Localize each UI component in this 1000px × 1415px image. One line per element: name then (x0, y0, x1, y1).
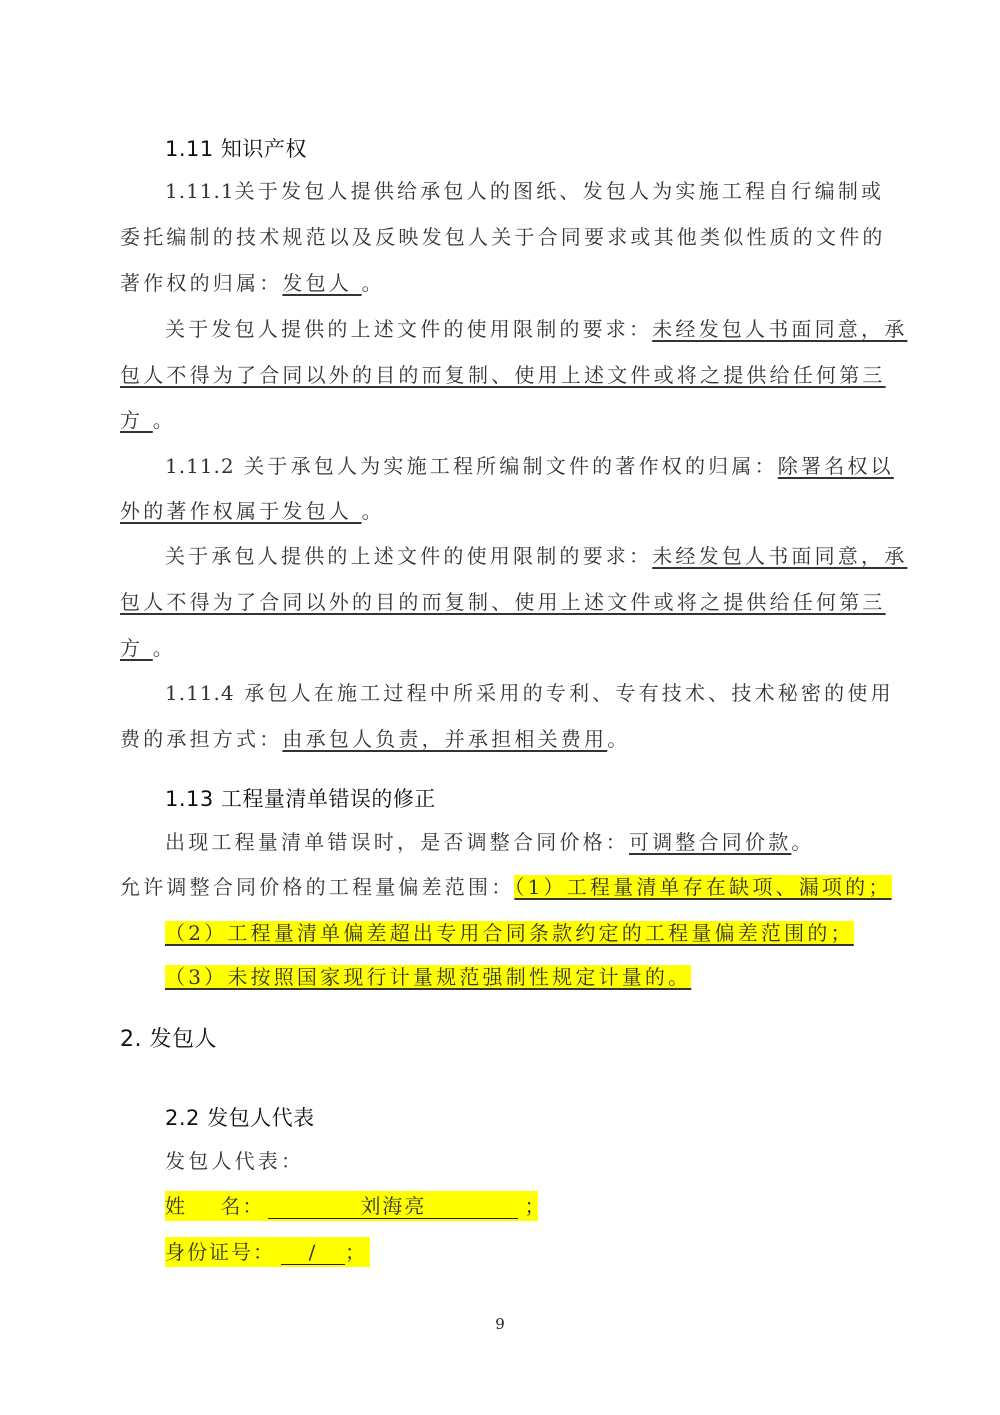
field-value: 包人不得为了合同以外的目的而复制、使用上述文件或将之提供给任何第三 (120, 590, 886, 614)
field-label: 出现工程量清单错误时，是否调整合同价格： (165, 830, 629, 854)
id-value: / (281, 1240, 345, 1265)
paragraph-usage-limit-1-line3: 方 。 (120, 405, 176, 435)
field-value: 未经发包人书面同意，承 (652, 544, 907, 568)
field-value: 包人不得为了合同以外的目的而复制、使用上述文件或将之提供给任何第三 (120, 363, 886, 387)
name-label: 姓 名： (165, 1194, 264, 1218)
paragraph-1-11-2-line1: 1.11.2 关于承包人为实施工程所编制文件的著作权的归属：除署名权以 (165, 451, 894, 481)
highlighted-item-3: （3）未按照国家现行计量规范强制性规定计量的。 (165, 965, 691, 989)
paragraph-price-adjust: 出现工程量清单错误时，是否调整合同价格：可调整合同价款。 (165, 827, 815, 857)
section-heading-2: 2. 发包人 (120, 1025, 217, 1055)
field-label: 关于承包人为实施工程所编制文件的著作权的归属： (235, 454, 778, 478)
name-value: 刘海亮 (268, 1194, 518, 1219)
field-value: 外的著作权属于发包人 (120, 499, 362, 523)
page-number: 9 (0, 1315, 1000, 1333)
representative-id-row: 身份证号：/； (165, 1237, 370, 1267)
field-value: 方 (120, 636, 153, 660)
document-page: 1.11 知识产权 1.11.1关于发包人提供给承包人的图纸、发包人为实施工程自… (0, 0, 1000, 1415)
field-label: 费的承担方式： (120, 727, 282, 751)
paragraph-1-11-4-line1: 1.11.4 承包人在施工过程中所采用的专利、专有技术、技术秘密的使用 (165, 678, 894, 708)
section-heading-1-13: 1.13 工程量清单错误的修正 (165, 784, 436, 814)
paragraph-usage-limit-1-line2: 包人不得为了合同以外的目的而复制、使用上述文件或将之提供给任何第三 (120, 360, 886, 390)
paragraph-usage-limit-2-line1: 关于承包人提供的上述文件的使用限制的要求：未经发包人书面同意，承 (165, 541, 907, 571)
paragraph-usage-limit-2-line2: 包人不得为了合同以外的目的而复制、使用上述文件或将之提供给任何第三 (120, 587, 886, 617)
field-value: 未经发包人书面同意，承 (652, 317, 907, 341)
paragraph-1-11-1-line2: 委托编制的技术规范以及反映发包人关于合同要求或其他类似性质的文件的 (120, 222, 886, 252)
representative-intro: 发包人代表： (165, 1146, 304, 1176)
punctuation: ； (345, 1240, 367, 1264)
clause-text: 承包人在施工过程中所采用的专利、专有技术、技术秘密的使用 (235, 681, 894, 705)
field-label: 关于发包人提供的上述文件的使用限制的要求： (165, 317, 652, 341)
paragraph-1-11-1-line1: 1.11.1关于发包人提供给承包人的图纸、发包人为实施工程自行编制或 (165, 176, 884, 206)
paragraph-usage-limit-2-line3: 方 。 (120, 633, 176, 663)
paragraph-deviation-item3: （3）未按照国家现行计量规范强制性规定计量的。 (165, 962, 691, 992)
clause-number: 1.11.1 (165, 179, 235, 203)
paragraph-usage-limit-1-line1: 关于发包人提供的上述文件的使用限制的要求：未经发包人书面同意，承 (165, 314, 907, 344)
field-label: 允许调整合同价格的工程量偏差范围： (120, 875, 514, 899)
field-value: 方 (120, 408, 153, 432)
clause-number: 1.11.2 (165, 454, 235, 478)
paragraph-1-11-1-line3: 著作权的归属：发包人 。 (120, 268, 385, 298)
field-label: 关于承包人提供的上述文件的使用限制的要求： (165, 544, 652, 568)
punctuation: 。 (362, 271, 385, 295)
id-label: 身份证号： (165, 1240, 275, 1264)
punctuation: 。 (362, 499, 385, 523)
paragraph-deviation-range: 允许调整合同价格的工程量偏差范围：（1）工程量清单存在缺项、漏项的； (120, 872, 892, 902)
highlighted-item-1: （1）工程量清单存在缺项、漏项的； (514, 875, 891, 899)
name-text: 刘海亮 (360, 1194, 426, 1218)
field-value: 由承包人负责，并承担相关费用 (282, 727, 607, 751)
punctuation: 。 (153, 408, 176, 432)
punctuation: 。 (607, 727, 630, 751)
field-value: 除署名权以 (778, 454, 894, 478)
punctuation: 。 (791, 830, 814, 854)
highlighted-item-2: （2）工程量清单偏差超出专用合同条款约定的工程量偏差范围的； (165, 921, 854, 945)
punctuation: ； (524, 1194, 546, 1218)
field-value: 发包人 (282, 271, 361, 295)
clause-number: 1.11.4 (165, 681, 235, 705)
section-heading-1-11: 1.11 知识产权 (165, 134, 307, 164)
clause-text: 关于发包人提供给承包人的图纸、发包人为实施工程自行编制或 (235, 179, 885, 203)
representative-name-row: 姓 名：刘海亮； (165, 1191, 538, 1221)
paragraph-1-11-2-line2: 外的著作权属于发包人 。 (120, 496, 385, 526)
section-heading-2-2: 2.2 发包人代表 (165, 1103, 315, 1133)
field-value: 可调整合同价款 (629, 830, 791, 854)
id-text: / (309, 1240, 318, 1264)
paragraph-1-11-4-line2: 费的承担方式：由承包人负责，并承担相关费用。 (120, 724, 630, 754)
punctuation: 。 (153, 636, 176, 660)
field-label: 著作权的归属： (120, 271, 282, 295)
paragraph-deviation-item2: （2）工程量清单偏差超出专用合同条款约定的工程量偏差范围的； (165, 918, 854, 948)
